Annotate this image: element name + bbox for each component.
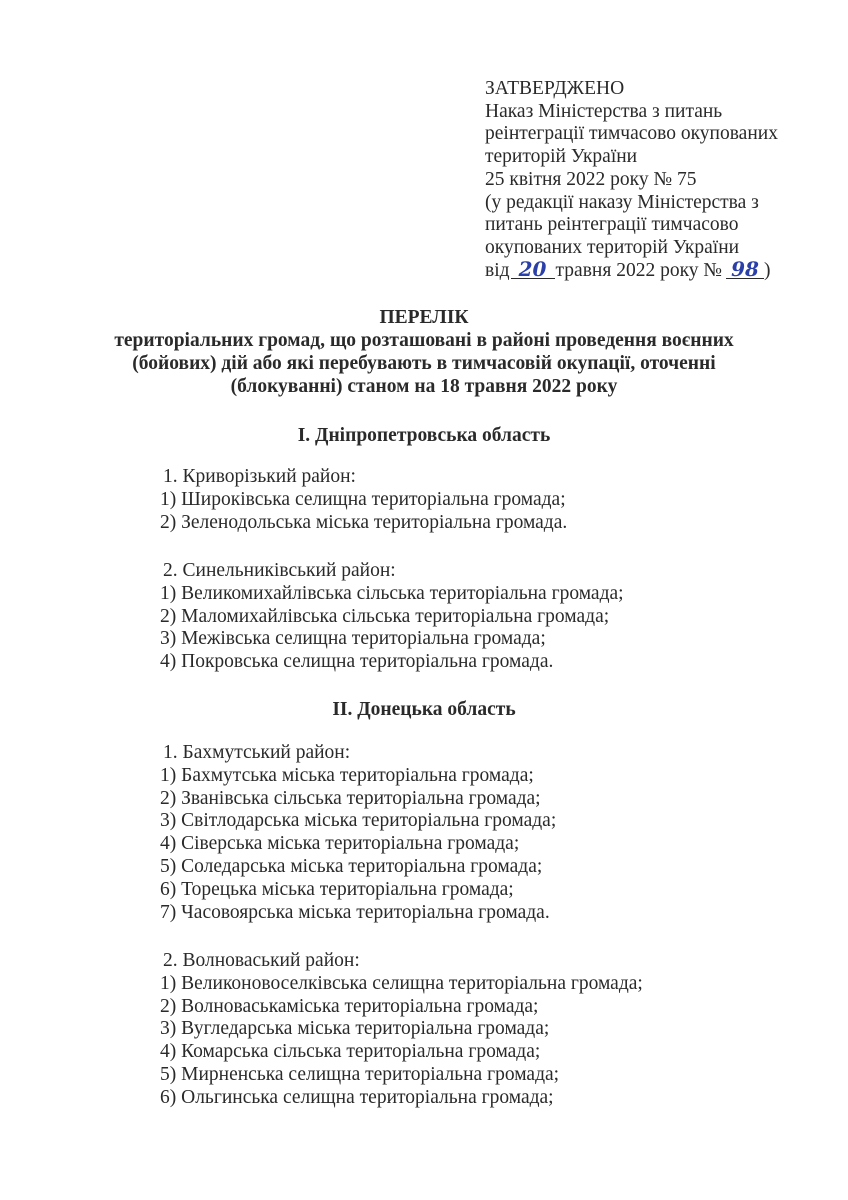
handwritten-date: 20 xyxy=(511,260,555,279)
approval-line: питань реінтеграції тимчасово xyxy=(485,214,778,237)
approval-date: 25 квітня 2022 року № 75 xyxy=(485,169,778,192)
community-item: 1) Великоновоселківська селищна територі… xyxy=(160,973,643,996)
community-item: 1) Широківська селищна територіальна гро… xyxy=(160,489,567,512)
document-title: ПЕРЕЛІК територіальних громад, що розташ… xyxy=(0,306,848,398)
community-item: 2) Зеленодольська міська територіальна г… xyxy=(160,512,567,535)
district-list: 1. Криворізький район: 1) Широківська се… xyxy=(160,466,567,534)
community-item: 4) Сіверська міська територіальна громад… xyxy=(160,833,556,856)
district-name: 2. Синельниківський район: xyxy=(160,560,624,583)
community-item: 1) Великомихайлівська сільська територіа… xyxy=(160,583,624,606)
title-line: (блокуванні) станом на 18 травня 2022 ро… xyxy=(0,375,848,398)
community-item: 4) Покровська селищна територіальна гром… xyxy=(160,651,624,674)
approval-heading: ЗАТВЕРДЖЕНО xyxy=(485,78,778,101)
approval-line: (у редакції наказу Міністерства з xyxy=(485,192,778,215)
district-list: 1. Бахмутський район: 1) Бахмутська місь… xyxy=(160,742,556,924)
title-heading: ПЕРЕЛІК xyxy=(0,306,848,329)
community-item: 2) Маломихайлівська сільська територіаль… xyxy=(160,606,624,629)
title-line: територіальних громад, що розташовані в … xyxy=(0,329,848,352)
community-item: 3) Світлодарська міська територіальна гр… xyxy=(160,810,556,833)
community-item: 1) Бахмутська міська територіальна грома… xyxy=(160,765,556,788)
approval-prefix: від xyxy=(485,260,510,281)
approval-suffix: ) xyxy=(764,260,771,281)
community-item: 2) Волноваськаміська територіальна грома… xyxy=(160,996,643,1019)
district-name: 1. Бахмутський район: xyxy=(160,742,556,765)
approval-edit-line: від20травня 2022 року №98) xyxy=(485,260,778,283)
region-heading: І. Дніпропетровська область xyxy=(0,425,848,447)
community-item: 3) Межівська селищна територіальна грома… xyxy=(160,628,624,651)
approval-middle: травня 2022 року № xyxy=(556,260,722,281)
approval-line: реінтеграції тимчасово окупованих xyxy=(485,123,778,146)
community-item: 3) Вугледарська міська територіальна гро… xyxy=(160,1018,643,1041)
approval-line: Наказ Міністерства з питань xyxy=(485,101,778,124)
district-name: 2. Волноваський район: xyxy=(160,950,643,973)
district-list: 2. Волноваський район: 1) Великоновоселк… xyxy=(160,950,643,1110)
community-item: 6) Торецька міська територіальна громада… xyxy=(160,879,556,902)
community-item: 2) Званівська сільська територіальна гро… xyxy=(160,788,556,811)
community-item: 4) Комарська сільська територіальна гром… xyxy=(160,1041,643,1064)
approval-stamp: ЗАТВЕРДЖЕНО Наказ Міністерства з питань … xyxy=(485,78,778,282)
district-name: 1. Криворізький район: xyxy=(160,466,567,489)
title-line: (бойових) дій або які перебувають в тимч… xyxy=(0,352,848,375)
community-item: 5) Мирненська селищна територіальна гром… xyxy=(160,1064,643,1087)
region-heading: ІІ. Донецька область xyxy=(0,699,848,721)
approval-line: територій України xyxy=(485,146,778,169)
community-item: 7) Часовоярська міська територіальна гро… xyxy=(160,902,556,925)
handwritten-number: 98 xyxy=(726,260,764,279)
community-item: 6) Ольгинська селищна територіальна гром… xyxy=(160,1087,643,1110)
district-list: 2. Синельниківський район: 1) Великомиха… xyxy=(160,560,624,674)
community-item: 5) Соледарська міська територіальна гром… xyxy=(160,856,556,879)
